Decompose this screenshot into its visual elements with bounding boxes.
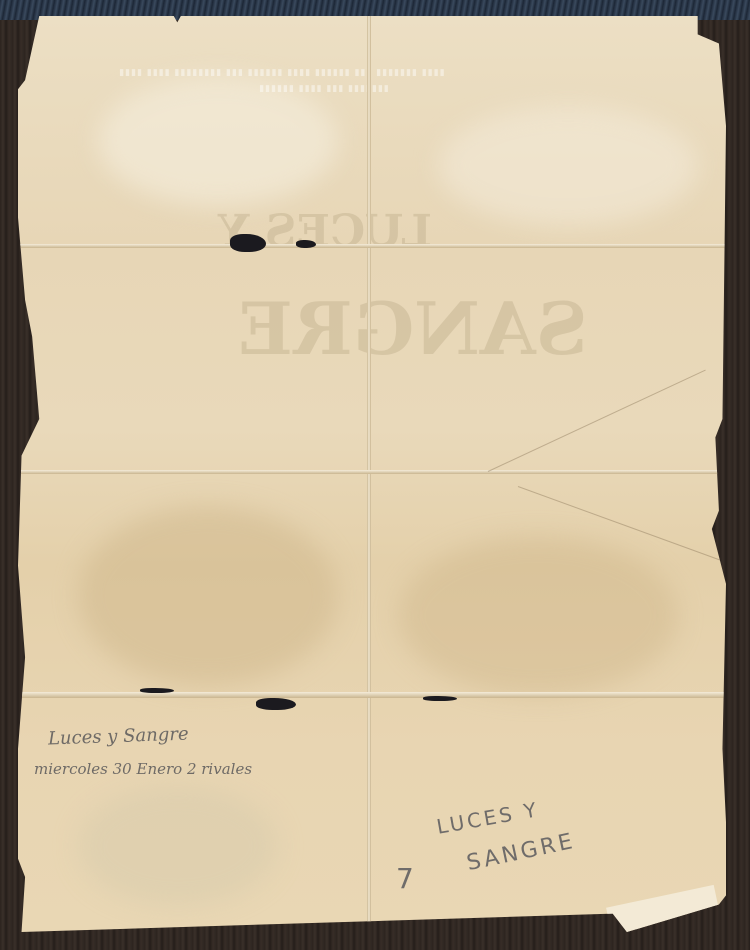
handwritten-mark: 7 xyxy=(396,862,417,895)
burn-hole xyxy=(256,698,296,710)
burn-hole xyxy=(423,696,457,701)
handwritten-title-left: Luces y Sangre xyxy=(48,724,189,750)
horizontal-fold xyxy=(18,470,726,474)
vertical-fold xyxy=(367,16,371,932)
horizontal-fold xyxy=(18,244,726,248)
crease xyxy=(488,370,706,472)
stain xyxy=(438,106,698,226)
bleed-through-credits: ▮▮▮▮ ▮▮▮▮▮▮▮ ▮▮▮ ▮▮▮▮▮▮ ▮▮▮▮ ▮▮▮▮▮▮ ▮▮▮ … xyxy=(118,68,444,78)
handwritten-date-left: miercoles 30 Enero 2 rivales xyxy=(34,760,252,778)
burn-hole xyxy=(140,688,174,693)
bleed-through-title-2: SANGRE xyxy=(238,286,588,371)
burn-hole xyxy=(230,234,266,252)
stain xyxy=(398,536,678,696)
horizontal-fold xyxy=(18,692,726,698)
folded-corner xyxy=(606,885,720,937)
stain xyxy=(78,786,278,906)
handwritten-title-right-1: LUCES Y xyxy=(435,797,541,839)
stain xyxy=(98,76,338,206)
stain xyxy=(78,506,338,686)
handwritten-title-right-2: SANGRE xyxy=(465,829,578,876)
poster-back: ▮▮▮▮ ▮▮▮▮▮▮▮ ▮▮▮ ▮▮▮▮▮▮ ▮▮▮▮ ▮▮▮▮▮▮ ▮▮▮ … xyxy=(18,16,726,932)
burn-hole xyxy=(296,240,316,248)
